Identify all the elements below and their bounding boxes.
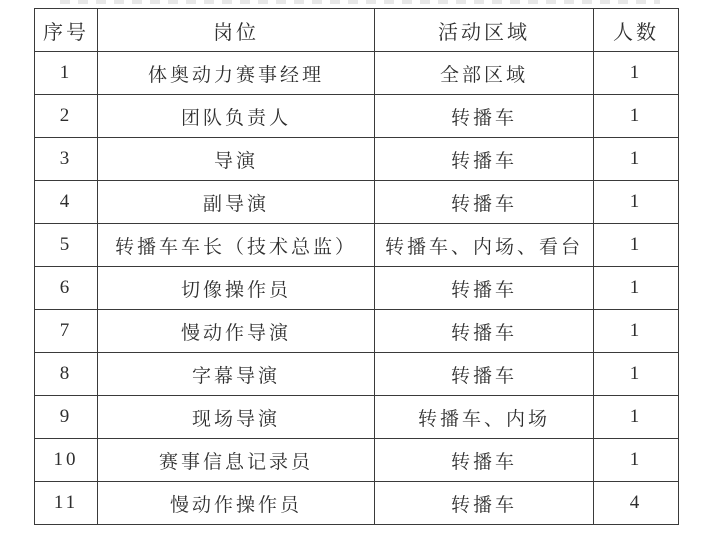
table-row: 6切像操作员转播车1 <box>35 267 679 310</box>
cell-count: 1 <box>594 181 679 224</box>
table-row: 9现场导演转播车、内场1 <box>35 396 679 439</box>
cell-no: 11 <box>35 482 98 525</box>
cell-position: 副导演 <box>98 181 375 224</box>
header-area: 活动区域 <box>375 9 594 52</box>
cell-no: 9 <box>35 396 98 439</box>
header-no: 序号 <box>35 9 98 52</box>
cell-count: 1 <box>594 52 679 95</box>
cell-count: 1 <box>594 138 679 181</box>
cell-position: 现场导演 <box>98 396 375 439</box>
cell-position: 转播车车长（技术总监） <box>98 224 375 267</box>
cell-area: 转播车 <box>375 138 594 181</box>
table-row: 5转播车车长（技术总监）转播车、内场、看台1 <box>35 224 679 267</box>
table-row: 3导演转播车1 <box>35 138 679 181</box>
cell-no: 6 <box>35 267 98 310</box>
cell-area: 转播车、内场、看台 <box>375 224 594 267</box>
cell-area: 转播车 <box>375 439 594 482</box>
cell-no: 1 <box>35 52 98 95</box>
staff-table: 序号 岗位 活动区域 人数 1体奥动力赛事经理全部区域12团队负责人转播车13导… <box>34 8 679 525</box>
cell-count: 1 <box>594 396 679 439</box>
cell-area: 转播车 <box>375 310 594 353</box>
cell-area: 转播车 <box>375 267 594 310</box>
cell-no: 7 <box>35 310 98 353</box>
cell-position: 体奥动力赛事经理 <box>98 52 375 95</box>
header-count: 人数 <box>594 9 679 52</box>
cell-position: 赛事信息记录员 <box>98 439 375 482</box>
cell-position: 切像操作员 <box>98 267 375 310</box>
cell-position: 团队负责人 <box>98 95 375 138</box>
cell-position: 导演 <box>98 138 375 181</box>
cell-area: 全部区域 <box>375 52 594 95</box>
cell-area: 转播车 <box>375 353 594 396</box>
header-position: 岗位 <box>98 9 375 52</box>
cell-no: 10 <box>35 439 98 482</box>
cell-count: 1 <box>594 95 679 138</box>
cell-count: 1 <box>594 224 679 267</box>
cell-count: 1 <box>594 353 679 396</box>
table-row: 11慢动作操作员转播车4 <box>35 482 679 525</box>
cell-count: 1 <box>594 267 679 310</box>
cell-area: 转播车 <box>375 482 594 525</box>
table-row: 4副导演转播车1 <box>35 181 679 224</box>
cell-count: 1 <box>594 439 679 482</box>
cell-count: 4 <box>594 482 679 525</box>
cell-area: 转播车 <box>375 95 594 138</box>
cell-no: 5 <box>35 224 98 267</box>
cell-position: 字幕导演 <box>98 353 375 396</box>
cell-area: 转播车、内场 <box>375 396 594 439</box>
cell-position: 慢动作导演 <box>98 310 375 353</box>
cell-count: 1 <box>594 310 679 353</box>
table-header-row: 序号 岗位 活动区域 人数 <box>35 9 679 52</box>
cell-no: 4 <box>35 181 98 224</box>
cell-no: 3 <box>35 138 98 181</box>
cell-area: 转播车 <box>375 181 594 224</box>
table-row: 10赛事信息记录员转播车1 <box>35 439 679 482</box>
table-row: 8字幕导演转播车1 <box>35 353 679 396</box>
table-row: 2团队负责人转播车1 <box>35 95 679 138</box>
cell-no: 2 <box>35 95 98 138</box>
cell-position: 慢动作操作员 <box>98 482 375 525</box>
cut-off-caption <box>60 0 660 4</box>
cell-no: 8 <box>35 353 98 396</box>
table-row: 7慢动作导演转播车1 <box>35 310 679 353</box>
table-row: 1体奥动力赛事经理全部区域1 <box>35 52 679 95</box>
